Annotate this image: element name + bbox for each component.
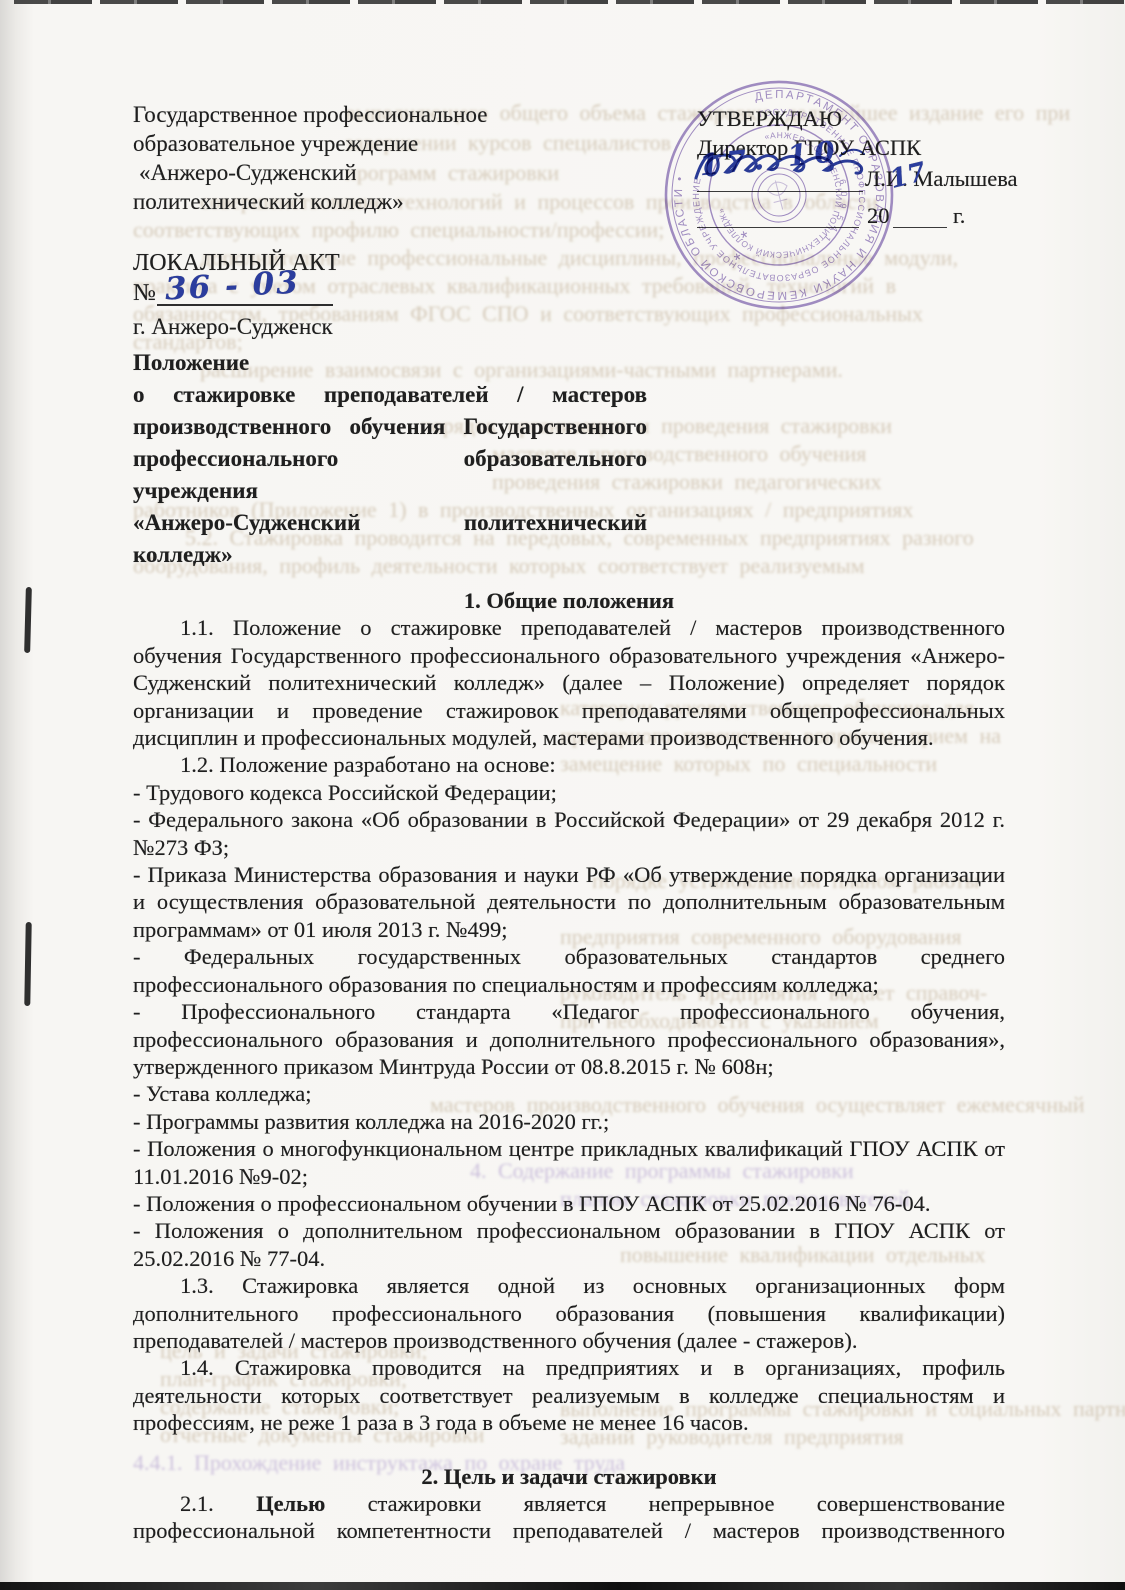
- handwritten-act-number: 36 - 03: [164, 264, 300, 307]
- paragraph: - Положения о профессиональном обучении …: [133, 1190, 1005, 1217]
- title-line: о стажировке преподавателей / мастеров: [133, 379, 647, 411]
- org-line: политехнический колледж»: [133, 187, 553, 216]
- section-heading: 2. Цель и задачи стажировки: [133, 1463, 1005, 1490]
- org-line: «Анжеро-Судженский: [133, 158, 553, 187]
- document-body: Положениео стажировке преподавателей / м…: [133, 347, 1005, 1545]
- organization-block: Государственное профессиональное образов…: [133, 100, 553, 216]
- paragraph: 1.2. Положение разработано на основе:: [133, 751, 1005, 778]
- paragraph: 1.4. Стажировка проводится на предприяти…: [133, 1354, 1005, 1436]
- paragraph: - Федеральных государственных образовате…: [133, 943, 1005, 998]
- paragraph: - Устава колледжа;: [133, 1080, 1005, 1107]
- org-line: Государственное профессиональное: [133, 100, 553, 129]
- title-line: Положение: [133, 347, 647, 379]
- paragraph: 1.3. Стажировка является одной из основн…: [133, 1272, 1005, 1354]
- paragraph: 2.1. Целью стажировки является непрерывн…: [133, 1490, 1005, 1545]
- signature-scribble: [690, 138, 886, 198]
- paragraph: - Федерального закона «Об образовании в …: [133, 806, 1005, 861]
- city-label: г. Анжеро-Судженск: [133, 312, 340, 342]
- scanned-page: выполняющего общего объема стажировки, д…: [0, 0, 1125, 1590]
- title-line: производственного обучения Государственн…: [133, 411, 647, 443]
- section-heading: 1. Общие положения: [133, 587, 1005, 614]
- org-line: образовательное учреждение: [133, 129, 553, 158]
- number-label: №: [133, 280, 156, 306]
- title-line: «Анжеро-Судженский политехнический колле…: [133, 507, 647, 571]
- body-text: 1. Общие положения1.1. Положение о стажи…: [133, 587, 1005, 1545]
- paragraph: - Положения о дополнительном профессиона…: [133, 1217, 1005, 1272]
- paragraph: - Программы развития колледжа на 2016-20…: [133, 1108, 1005, 1135]
- paragraph: - Трудового кодекса Российской Федерации…: [133, 779, 1005, 806]
- paragraph: - Положения о многофункциональном центре…: [133, 1135, 1005, 1190]
- document-content: Государственное профессиональное образов…: [0, 0, 1125, 1590]
- title-line: профессионального образовательного учреж…: [133, 443, 647, 507]
- paragraph: - Профессионального стандарта «Педагог п…: [133, 998, 1005, 1080]
- year-suffix: г.: [953, 201, 965, 230]
- paragraph: - Приказа Министерства образования и нау…: [133, 861, 1005, 943]
- paragraph: 1.1. Положение о стажировке преподавател…: [133, 614, 1005, 751]
- document-title: Положениео стажировке преподавателей / м…: [133, 347, 647, 571]
